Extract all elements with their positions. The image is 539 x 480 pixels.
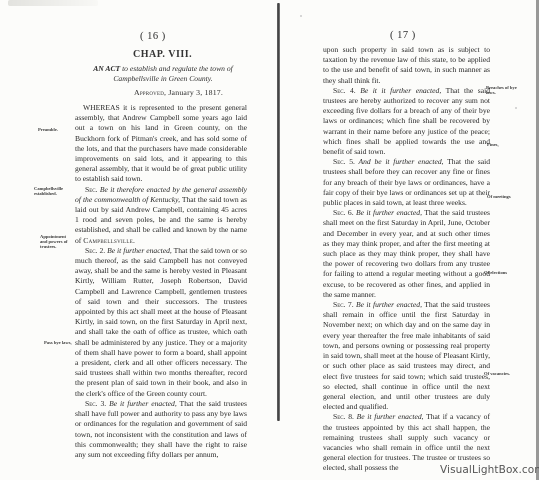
section-1-paragraph: Sec. Be it therefore enacted by the gene…: [75, 185, 247, 246]
town-name: Campbellsville.: [83, 236, 135, 245]
margin-note-vacancies: Of vacancies.: [484, 371, 530, 376]
continuation-paragraph: upon such property in said town as is su…: [323, 45, 490, 86]
margin-note-bye-laws: Pass bye laws,: [44, 340, 84, 345]
act-title-rest: to establish and regulate the town of Ca…: [113, 64, 232, 83]
margin-note-preamble: Preamble.: [38, 127, 68, 132]
section-label: Sec. 5.: [333, 157, 355, 166]
margin-note-established: Campbellsville established.: [34, 186, 72, 196]
paragraph-text: upon such property in said town as is su…: [323, 45, 490, 85]
section-label: Sec.: [85, 185, 98, 194]
enacting-clause: Be it further enacted,: [105, 246, 172, 255]
margin-note-meetings: Of meetings: [487, 194, 527, 199]
section-4-paragraph: Sec. 4. Be it it further enacted, That t…: [323, 86, 490, 157]
paragraph-text: That the said trustees shall remain in o…: [323, 300, 490, 411]
margin-note-fines: Fines,: [487, 142, 517, 147]
enacting-clause: Be it further enacted,: [354, 412, 424, 421]
section-label: Sec. 7.: [333, 300, 354, 309]
section-6-paragraph: Sec. 6. Be it further enacted, That the …: [323, 208, 490, 300]
enacting-clause: Be it it further enacted,: [356, 86, 442, 95]
left-page-body: WHEREAS it is represented to the present…: [75, 103, 247, 460]
enacting-clause: Be it further enacted,: [354, 208, 422, 217]
section-7-paragraph: Sec. 7. Be it further enacted, That the …: [323, 300, 490, 412]
section-3-paragraph: Sec. 3. Be it further enacted, That the …: [75, 399, 247, 460]
chapter-heading: CHAP. VIII.: [133, 49, 192, 60]
section-label: Sec. 8.: [333, 412, 354, 421]
scan-speck: [300, 15, 302, 17]
margin-note-trustees: Appointment and powers of trustees.: [40, 234, 74, 249]
scan-speck: [515, 107, 517, 109]
right-page-body: upon such property in said town as is su…: [323, 45, 490, 474]
approved-date: January 3, 1817.: [166, 88, 223, 97]
section-label: Sec. 3.: [85, 399, 106, 408]
paragraph-text: That the said trustees shall meet on the…: [323, 208, 490, 299]
section-2-paragraph: Sec. 2. Be it further enacted, That the …: [75, 246, 247, 399]
right-page: ( 17 ) upon such property in said town a…: [280, 0, 536, 480]
approved-date-line: Approved, January 3, 1817.: [134, 88, 223, 97]
page-number-right: ( 17 ): [390, 30, 416, 41]
enacting-clause: Be it further enacted,: [106, 399, 177, 408]
watermark-text: VisualLightBox.com: [440, 464, 539, 476]
section-label: Sec. 4.: [333, 86, 356, 95]
margin-note-elections: Of elections: [484, 270, 528, 275]
enacting-clause: Be it further enacted,: [354, 300, 422, 309]
section-5-paragraph: Sec. 5. And be it further enacted, That …: [323, 157, 490, 208]
paragraph-text: That the said town or so much thereof, a…: [75, 246, 247, 398]
margin-note-breaches: Breaches of bye laws.: [486, 85, 526, 95]
paragraph-text: That the said trustees are hereby author…: [323, 86, 490, 156]
preamble-paragraph: WHEREAS it is represented to the present…: [75, 103, 247, 185]
approved-label: Approved,: [134, 88, 166, 97]
section-label: Sec. 2.: [85, 246, 105, 255]
section-label: Sec. 6.: [333, 208, 354, 217]
act-title-lead: AN ACT: [93, 64, 120, 73]
enacting-clause: And be it further enacted,: [355, 157, 444, 166]
page-number-left: ( 16 ): [140, 31, 166, 42]
paragraph-text: WHEREAS it is represented to the present…: [75, 103, 247, 183]
act-title: AN ACT to establish and regulate the tow…: [74, 64, 252, 84]
